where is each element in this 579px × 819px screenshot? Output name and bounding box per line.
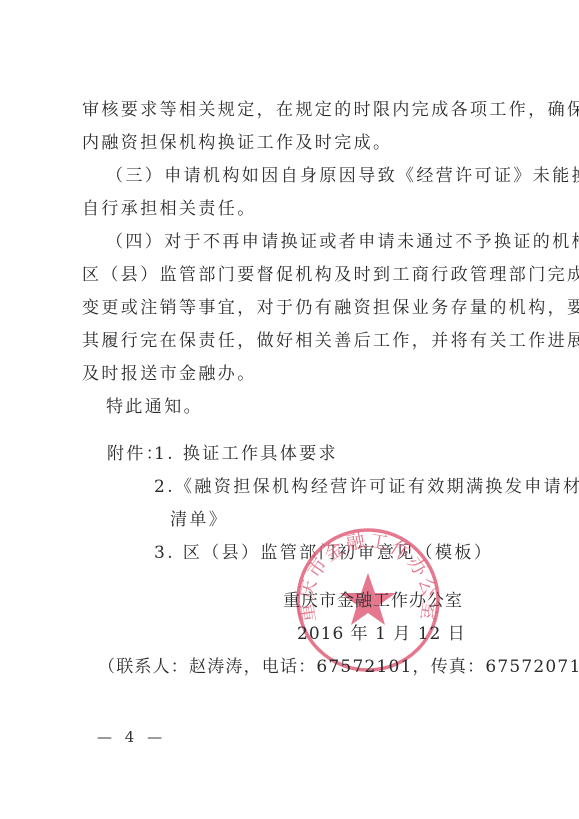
body-line-8: 其履行完在保责任，做好相关善后工作，并将有关工作进展情况 [82, 331, 579, 351]
closing-line: 特此通知。 [106, 397, 203, 417]
page-number: — 4 — [97, 728, 166, 746]
attachment-item-2-cont: 清单》 [170, 510, 228, 530]
attachment-item-2: 2.《融资担保机构经营许可证有效期满换发申请材料 [154, 477, 579, 497]
body-line-6: 区（县）监管部门要督促机构及时到工商行政管理部门完成登记 [82, 265, 579, 285]
body-line-5: （四）对于不再申请换证或者申请未通过不予换证的机构， [106, 232, 579, 252]
issuer-organization: 重庆市金融工作办公室 [283, 591, 463, 611]
body-line-7: 变更或注销等事宜，对于仍有融资担保业务存量的机构，要监督 [82, 298, 579, 318]
issue-date: 2016 年 1 月 12 日 [297, 624, 466, 644]
body-line-9: 及时报送市金融办。 [82, 364, 257, 384]
contact-info: （联系人：赵涛涛，电话：67572101，传真：67572071） [98, 657, 579, 677]
body-line-2: 内融资担保机构换证工作及时完成。 [82, 133, 392, 153]
attachment-item-1: 1. 换证工作具体要求 [154, 444, 338, 464]
body-line-3: （三）申请机构如因自身原因导致《经营许可证》未能换发， [106, 166, 579, 186]
body-line-1: 审核要求等相关规定，在规定的时限内完成各项工作，确保辖区 [82, 100, 579, 120]
body-line-4: 自行承担相关责任。 [82, 199, 257, 219]
